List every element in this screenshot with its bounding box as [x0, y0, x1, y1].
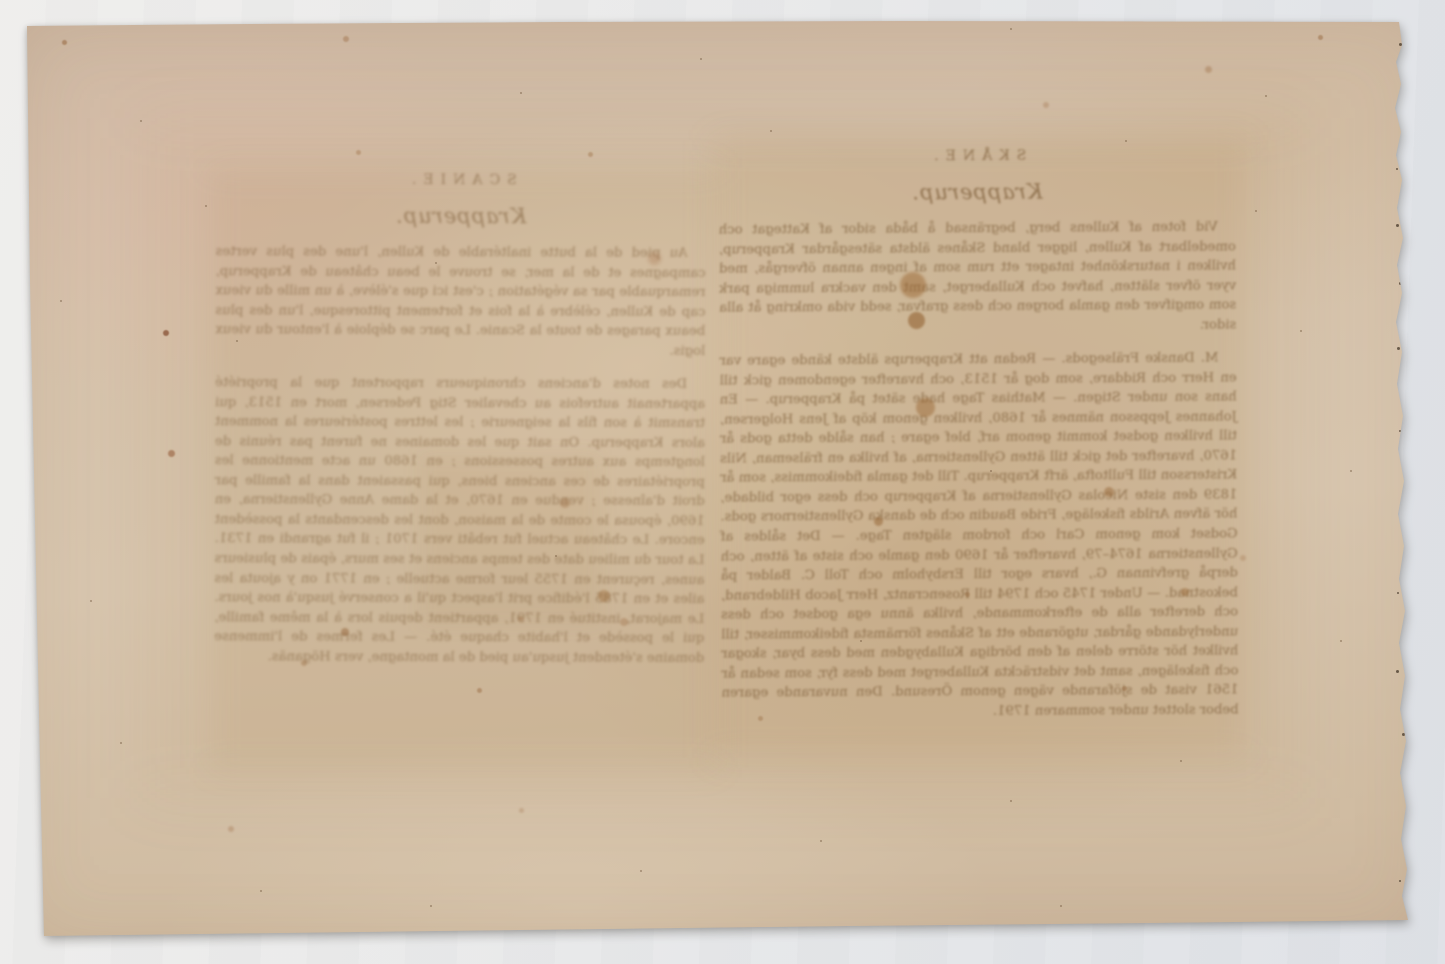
ghost-heading-right: SKÅNE. [718, 146, 1235, 165]
foxing-stain [648, 252, 661, 265]
foxing-stain [519, 808, 524, 813]
foxing-stain [1205, 66, 1212, 73]
paper-speck [205, 205, 207, 207]
foxing-stain [1318, 35, 1323, 40]
foxing-stain [588, 152, 593, 157]
foxing-stain [477, 688, 482, 693]
foxing-stain [301, 660, 307, 666]
bleedthrough-text-right-swedish: SKÅNE. Krapperup. Vid foten af Kullens b… [718, 146, 1239, 736]
paper-speck [820, 840, 822, 842]
paper-speck [236, 340, 238, 342]
foxing-stain [1043, 102, 1049, 108]
paper-speck [1060, 905, 1062, 907]
foxing-stain [874, 517, 883, 526]
ghost-paragraph: Vid foten af Kullens berg, begränsad å b… [719, 217, 1237, 337]
foxing-stain [965, 592, 970, 597]
binding-nick [1397, 113, 1400, 116]
foxing-stain [341, 628, 349, 636]
foxing-stain [1240, 555, 1246, 561]
binding-nick [1397, 347, 1400, 350]
ghost-heading-left: SCANIE. [216, 171, 706, 189]
foxing-stain [228, 826, 234, 832]
paper-speck [90, 600, 92, 602]
foxing-stain [1122, 686, 1127, 691]
foxing-stain [908, 312, 925, 329]
paper-speck [990, 470, 992, 472]
binding-nick [1396, 168, 1398, 170]
paper-speck [1125, 140, 1127, 142]
foxing-stain [62, 40, 67, 45]
paper-speck [860, 640, 862, 642]
paper-speck [770, 130, 772, 132]
foxing-stain [916, 398, 935, 417]
bleedthrough-text-left-french: SCANIE. Krapperup. Au pied de la butte i… [214, 171, 706, 682]
binding-nick [1401, 775, 1404, 778]
paper-speck [430, 905, 432, 907]
paper-speck [120, 742, 122, 744]
binding-nick [1399, 430, 1401, 432]
paper-speck [1010, 28, 1012, 30]
paper-speck [1300, 330, 1302, 332]
binding-nick [1399, 282, 1402, 285]
ghost-subheading-left: Krapperup. [216, 203, 706, 229]
binding-nick [1397, 592, 1399, 594]
paper-speck [700, 58, 702, 60]
paper-speck [435, 262, 437, 264]
binding-nick [1399, 880, 1401, 882]
paper-speck [140, 120, 142, 122]
binding-nick [1399, 43, 1402, 46]
ghost-subheading-right: Krapperup. [718, 178, 1235, 205]
foxing-stain [1104, 487, 1114, 497]
paper-speck [60, 300, 62, 302]
paper-speck [520, 92, 522, 94]
paper-speck [1255, 210, 1257, 212]
paper-speck [1265, 95, 1267, 97]
foxing-stain [598, 590, 610, 602]
paper-speck [555, 555, 557, 557]
paper-speck [1010, 800, 1012, 802]
foxing-stain [343, 36, 349, 42]
foxing-stain [163, 330, 169, 336]
ghost-paragraph: Des notes d'anciens chroniqueurs rapport… [214, 373, 705, 668]
binding-nick [1401, 508, 1404, 511]
foxing-stain [620, 618, 628, 626]
paper-speck [1180, 760, 1182, 762]
binding-nick [1396, 224, 1399, 227]
paper-speck [260, 890, 262, 892]
binding-nick [1396, 670, 1399, 673]
foxing-stain [356, 150, 361, 155]
binding-nick [1402, 733, 1405, 736]
binding-nick [1402, 840, 1405, 843]
paper-speck [1340, 640, 1342, 642]
ghost-paragraph: Au pied de la butte inaltérable de Kulle… [215, 242, 705, 361]
foxing-stain [168, 450, 175, 457]
foxing-stain [900, 272, 926, 298]
ghost-paragraph: M. Danske Frälsegods. — Redan att Krappe… [719, 349, 1238, 723]
foxing-stain [518, 616, 524, 622]
paper-sheet-wrapper: SCANIE. Krapperup. Au pied de la butte i… [0, 0, 1445, 964]
paper-sheet-verso: SCANIE. Krapperup. Au pied de la butte i… [0, 0, 1445, 964]
foxing-stain [560, 498, 570, 508]
foxing-stain [758, 716, 763, 721]
paper-speck [640, 870, 642, 872]
paper-speck [1350, 470, 1352, 472]
foxing-stain [1181, 588, 1189, 596]
